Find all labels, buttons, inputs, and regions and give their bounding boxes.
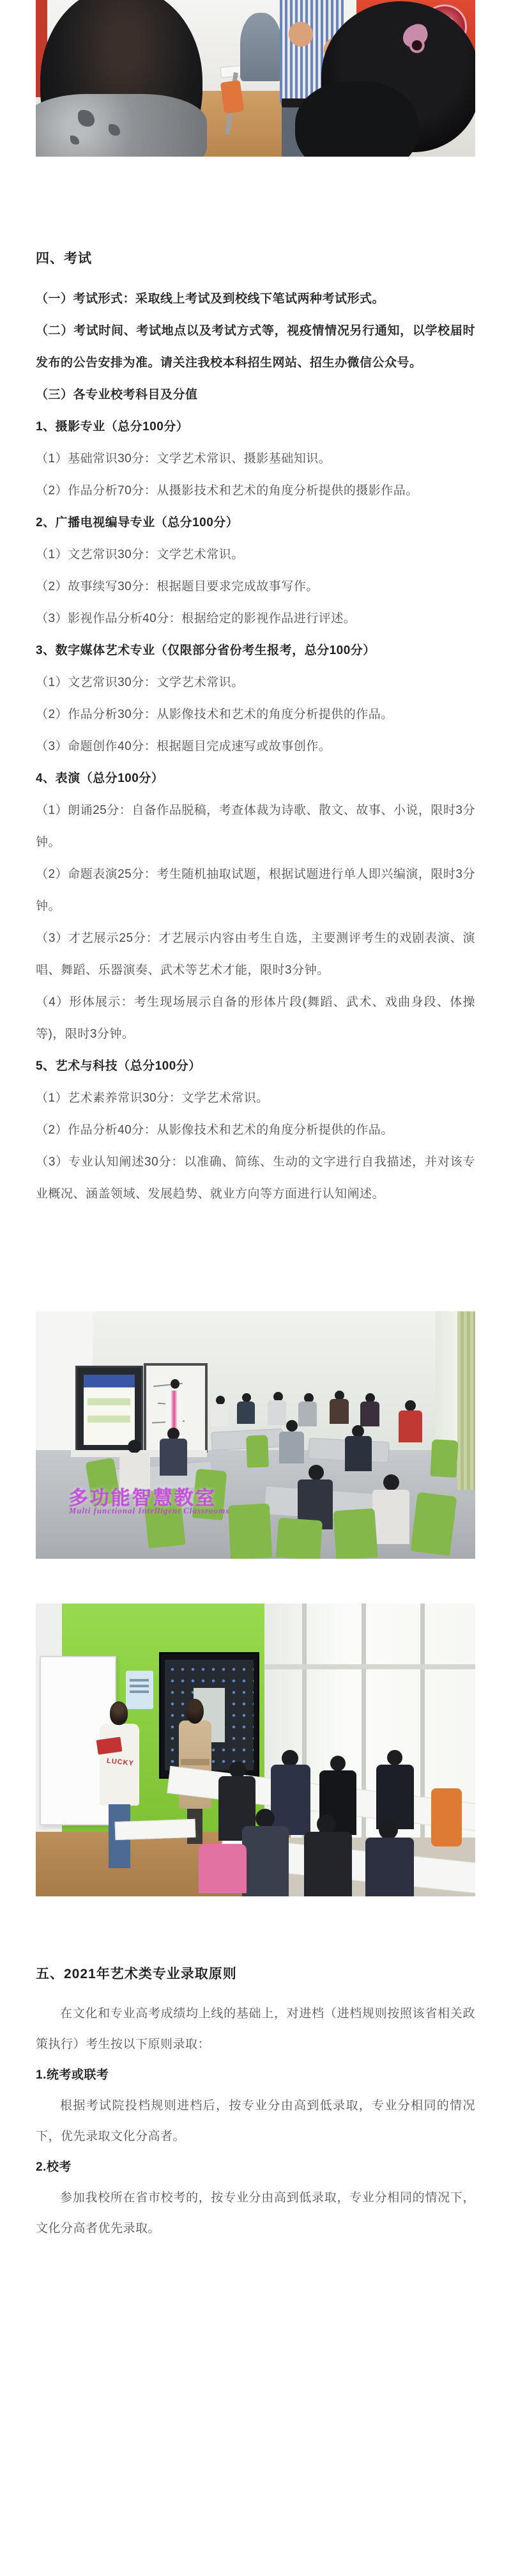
exam-item: （1）文艺常识30分：文学艺术常识。 <box>36 667 475 699</box>
photo1-long-hair-shape <box>295 81 418 157</box>
student-head-shape <box>330 1756 346 1771</box>
student-torso-shape <box>376 1765 413 1829</box>
student-head-shape <box>317 1815 336 1834</box>
exam-item: （2）故事续写30分：根据题目要求完成故事写作。 <box>36 571 475 603</box>
major-subheading: 1、摄影专业（总分100分） <box>36 411 475 443</box>
photo3-orange-chair-shape <box>431 1788 462 1847</box>
article-photo-green-classroom[interactable]: LUCKY <box>36 1604 475 1896</box>
student-torso-shape <box>242 1826 288 1896</box>
paragraph: （三）各专业校考科目及分值 <box>36 379 475 411</box>
exam-item: （2）作品分析70分：从摄影技术和艺术的角度分析提供的摄影作品。 <box>36 475 475 507</box>
exam-item: （1）朗诵25分：自备作品脱稿，考查体裁为诗歌、散文、故事、小说，限时3分钟。 <box>36 795 475 859</box>
photo1-star-scarf-shape <box>36 94 207 157</box>
exam-item: （3）才艺展示25分：才艺展示内容由考生自选，主要测评考生的戏剧表演、演唱、舞蹈… <box>36 923 475 987</box>
section-5-heading: 五、2021年艺术类专业录取原则 <box>36 1960 475 1988</box>
green-chair-shape <box>228 1503 273 1559</box>
section-4-body: （一）考试形式：采取线上考试及到校线下笔试两种考试形式。 （二）考试时间、考试地… <box>36 283 475 1210</box>
exam-item: （3）命题创作40分：根据题目完成速写或故事创作。 <box>36 731 475 763</box>
rule-subheading: 1.统考或联考 <box>36 2060 475 2091</box>
green-chair-shape <box>410 1492 457 1556</box>
student-torso-shape <box>365 1838 414 1896</box>
exam-item: （2）作品分析40分：从影像技术和艺术的角度分析提供的作品。 <box>36 1114 475 1146</box>
green-chair-shape <box>431 1439 459 1478</box>
exam-item: （1）基础常识30分：文学艺术常识、摄影基础知识。 <box>36 443 475 475</box>
photo3-pink-chair-shape <box>199 1844 247 1894</box>
exam-item: （3）专业认知阐述30分：以准确、简练、生动的文字进行自我描述，并对该专业概况、… <box>36 1146 475 1210</box>
paragraph: （二）考试时间、考试地点以及考试方式等，视疫情情况另行通知，以学校届时发布的公告… <box>36 315 475 379</box>
green-chair-shape <box>276 1518 323 1559</box>
paragraph: 在文化和专业高考成绩均上线的基础上，对进档（进档规则按照该省相关政策执行）考生按… <box>36 1999 475 2060</box>
photo3-students-group <box>36 1604 475 1896</box>
exam-item: （2）作品分析30分：从影像技术和艺术的角度分析提供的作品。 <box>36 699 475 731</box>
green-chair-shape <box>246 1435 269 1467</box>
section-5-body: 在文化和专业高考成绩均上线的基础上，对进档（进档规则按照该省相关政策执行）考生按… <box>36 1999 475 2244</box>
article-photo-smart-classroom[interactable]: 多功能智慧教室 Multi functional Intelligent Cla… <box>36 1311 475 1559</box>
exam-item: （3）影视作品分析40分：根据给定的影视作品进行评述。 <box>36 603 475 635</box>
exam-item: （1）文艺常识30分：文学艺术常识。 <box>36 539 475 571</box>
student-torso-shape <box>271 1765 310 1835</box>
green-chair-shape <box>333 1508 378 1559</box>
student-head-shape <box>387 1750 402 1765</box>
rule-subheading: 2.校考 <box>36 2152 475 2183</box>
photo1-hooded-student-shape <box>240 13 282 82</box>
article-photo-seminar[interactable] <box>36 0 475 157</box>
major-subheading: 3、数字媒体艺术专业（仅限部分省份考生报考，总分100分） <box>36 635 475 667</box>
paragraph: 根据考试院投档规则进档后，按专业分由高到低录取，专业分相同的情况下，优先录取文化… <box>36 2091 475 2152</box>
student-head-shape <box>256 1809 275 1828</box>
photo2-watermark-en: Multi functional Intelligent Classrooms <box>69 1506 230 1516</box>
section-4-heading: 四、考试 <box>36 245 475 273</box>
major-subheading: 5、艺术与科技（总分100分） <box>36 1050 475 1082</box>
exam-item: （1）艺术素养常识30分：文学艺术常识。 <box>36 1082 475 1114</box>
student-torso-shape <box>304 1832 353 1896</box>
article-page: 四、考试 （一）考试形式：采取线上考试及到校线下笔试两种考试形式。 （二）考试时… <box>0 0 511 2576</box>
exam-item: （4）形体展示：考生现场展示自备的形体片段(舞蹈、武术、戏曲身段、体操等)，限时… <box>36 987 475 1050</box>
paragraph: （一）考试形式：采取线上考试及到校线下笔试两种考试形式。 <box>36 283 475 315</box>
student-head-shape <box>379 1820 398 1839</box>
paragraph: 参加我校所在省市校考的，按专业分由高到低录取，专业分相同的情况下，文化分高者优先… <box>36 2183 475 2244</box>
major-subheading: 4、表演（总分100分） <box>36 763 475 795</box>
article-content: 四、考试 （一）考试形式：采取线上考试及到校线下笔试两种考试形式。 （二）考试时… <box>36 0 475 2244</box>
major-subheading: 2、广播电视编导专业（总分100分） <box>36 507 475 539</box>
photo2-chairs-group <box>36 1311 475 1559</box>
exam-item: （2）命题表演25分：考生随机抽取试题，根据试题进行单人即兴编演，限时3分钟。 <box>36 859 475 923</box>
